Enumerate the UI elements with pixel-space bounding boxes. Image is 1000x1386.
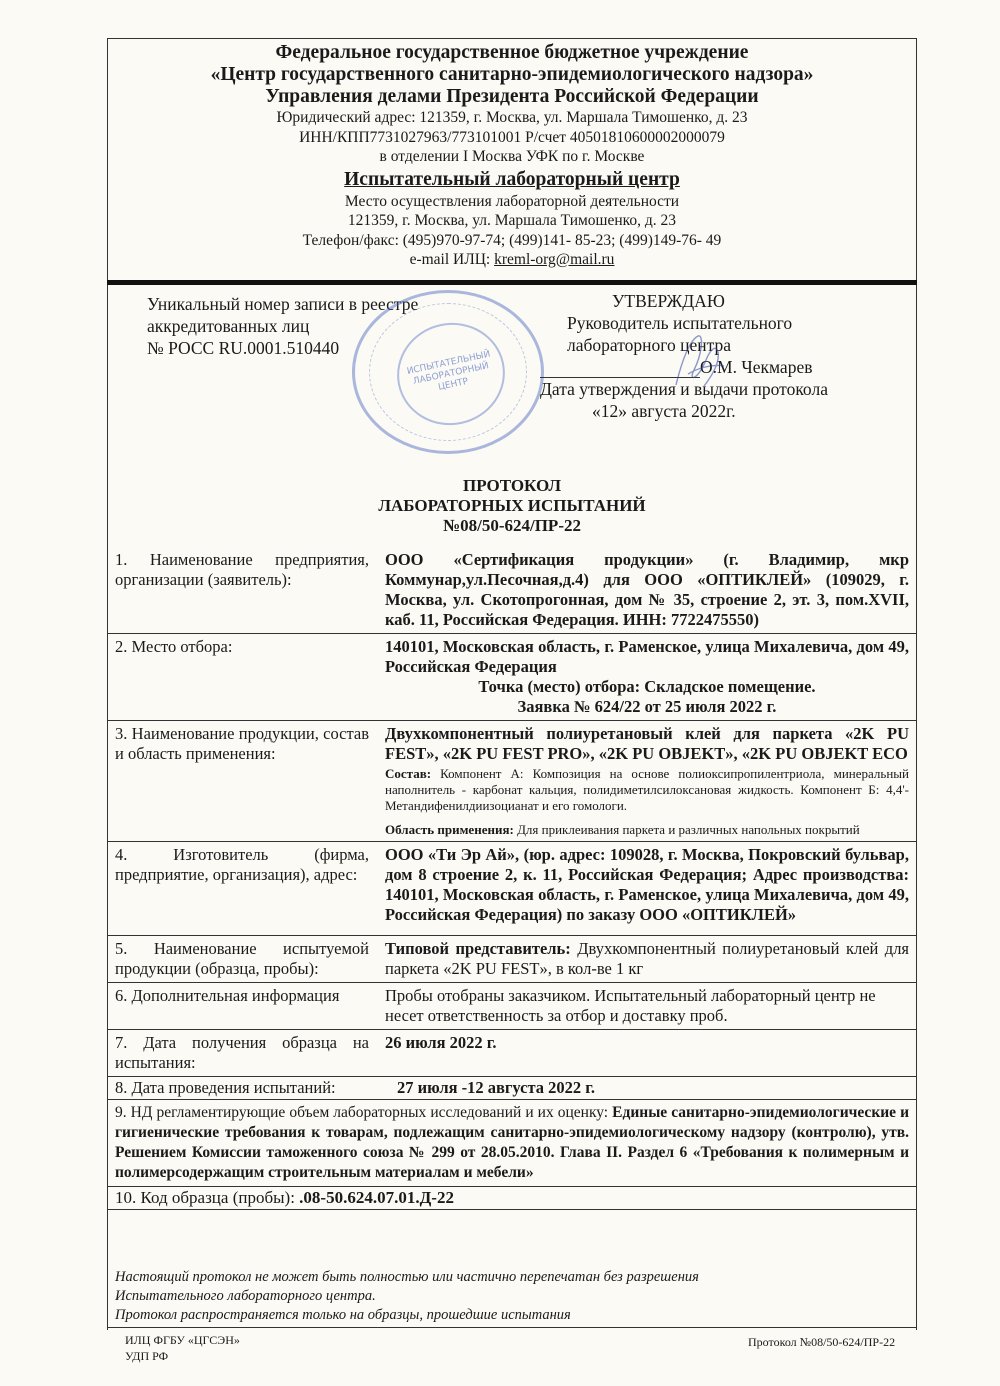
field-label: 2. Место отбора:: [107, 634, 377, 721]
protocol-title-2: ЛАБОРАТОРНЫХ ИСПЫТАНИЙ: [107, 496, 917, 516]
field-value: Двухкомпонентный полиуретановый клей для…: [377, 721, 917, 842]
field-value: 27 июля -12 августа 2022 г.: [377, 1077, 917, 1100]
sampling-point: Точка (место) отбора: Складское помещени…: [385, 677, 909, 697]
org-line-1: Федеральное государственное бюджетное уч…: [107, 42, 917, 64]
footer-org: ИЛЦ ФГБУ «ЦГСЭН» УДП РФ: [125, 1332, 240, 1364]
lab-center-title: Испытательный лабораторный центр: [107, 168, 917, 192]
email-link[interactable]: kreml-org@mail.ru: [494, 251, 614, 268]
note-line-1: Настоящий протокол не может быть полност…: [115, 1268, 917, 1287]
activity-place-label: Место осуществления лабораторной деятель…: [107, 192, 917, 212]
field-full: 10. Код образца (пробы): .08-50.624.07.0…: [107, 1187, 917, 1210]
approval-date: «12» августа 2022г.: [540, 400, 880, 422]
field-label: 4. Изготовитель (фирма, предприятие, орг…: [107, 842, 377, 936]
email-line: e-mail ИЛЦ: kreml-org@mail.ru: [107, 250, 917, 270]
inn-account: ИНН/КПП7731027963/773101001 Р/счет 40501…: [107, 128, 917, 148]
field-row-test-dates: 8. Дата проведения испытаний: 27 июля -1…: [107, 1077, 917, 1100]
field-label: 9. НД регламентирующие объем лабораторны…: [115, 1104, 608, 1121]
org-line-3: Управления делами Президента Российской …: [107, 86, 917, 108]
email-label: e-mail ИЛЦ:: [410, 251, 495, 268]
field-label: 5. Наименование испытуемой продукции (об…: [107, 936, 377, 983]
field-value: ООО «Сертификация продукции» (г. Владими…: [377, 540, 917, 634]
header-divider: [107, 280, 917, 285]
product-name: Двухкомпонентный полиуретановый клей для…: [385, 724, 909, 764]
field-value: 26 июля 2022 г.: [377, 1030, 917, 1077]
activity-address: 121359, г. Москва, ул. Маршала Тимошенко…: [107, 211, 917, 231]
field-value: ООО «Ти Эр Ай», (юр. адрес: 109028, г. М…: [377, 842, 917, 936]
field-label: 1. Наименование предприятия, организации…: [107, 540, 377, 634]
registry-line-1: Уникальный номер записи в реестре: [147, 293, 418, 315]
field-row-sampling-place: 2. Место отбора: 140101, Московская обла…: [107, 634, 917, 721]
typical-rep-label: Типовой представитель:: [385, 939, 571, 958]
signature-icon: [668, 330, 726, 392]
field-value: Типовой представитель: Двухкомпонентный …: [377, 936, 917, 983]
request-number: Заявка № 624/22 от 25 июля 2022 г.: [385, 697, 909, 717]
field-row-regulations: 9. НД регламентирующие объем лабораторны…: [107, 1100, 917, 1187]
field-row-sample-name: 5. Наименование испытуемой продукции (об…: [107, 936, 917, 983]
protocol-title-1: ПРОТОКОЛ: [107, 476, 917, 496]
protocol-number: №08/50-624/ПР-22: [107, 516, 917, 536]
composition-label: Состав:: [385, 766, 431, 781]
field-label: 10. Код образца (пробы):: [115, 1188, 299, 1207]
phones: Телефон/факс: (495)970-97-74; (499)141- …: [107, 231, 917, 251]
disclaimer-notes: Настоящий протокол не может быть полност…: [107, 1268, 917, 1328]
field-value: 140101, Московская область, г. Раменское…: [377, 634, 917, 721]
field-row-receipt-date: 7. Дата получения образца на испытания: …: [107, 1030, 917, 1077]
footer-org-2: УДП РФ: [125, 1348, 240, 1364]
sampling-address: 140101, Московская область, г. Раменское…: [385, 637, 909, 677]
field-row-product: 3. Наименование продукции, состав и обла…: [107, 721, 917, 842]
letterhead: Федеральное государственное бюджетное уч…: [107, 42, 917, 270]
field-row-applicant: 1. Наименование предприятия, организации…: [107, 540, 917, 634]
stamp-icon: ИСПЫТАТЕЛЬНЫЙ ЛАБОРАТОРНЫЙ ЦЕНТР: [352, 290, 544, 454]
scope: Область применения: Для приклеивания пар…: [385, 822, 909, 838]
field-label: 7. Дата получения образца на испытания:: [107, 1030, 377, 1077]
field-label: 8. Дата проведения испытаний:: [107, 1077, 377, 1100]
field-row-manufacturer: 4. Изготовитель (фирма, предприятие, орг…: [107, 842, 917, 936]
note-line-2: Испытательного лабораторного центра.: [115, 1287, 917, 1306]
field-value: Пробы отобраны заказчиком. Испытательный…: [377, 983, 917, 1030]
field-label: 6. Дополнительная информация: [107, 983, 377, 1030]
protocol-fields-table: 1. Наименование предприятия, организации…: [107, 540, 917, 1210]
protocol-title: ПРОТОКОЛ ЛАБОРАТОРНЫХ ИСПЫТАНИЙ №08/50-6…: [107, 476, 917, 536]
bank-branch: в отделении I Москва УФК по г. Москве: [107, 147, 917, 167]
note-line-3: Протокол распространяется только на обра…: [115, 1306, 917, 1325]
approval-title: УТВЕРЖДАЮ: [540, 290, 880, 312]
legal-address: Юридический адрес: 121359, г. Москва, ул…: [107, 108, 917, 128]
footer-protocol-ref: Протокол №08/50-624/ПР-22: [748, 1334, 895, 1350]
composition: Состав: Компонент А: Композиция на основ…: [385, 766, 909, 814]
field-row-additional-info: 6. Дополнительная информация Пробы отобр…: [107, 983, 917, 1030]
footer-org-1: ИЛЦ ФГБУ «ЦГСЭН»: [125, 1332, 240, 1348]
org-line-2: «Центр государственного санитарно-эпидем…: [107, 64, 917, 86]
field-value: .08-50.624.07.01.Д-22: [299, 1188, 454, 1207]
field-full: 9. НД регламентирующие объем лабораторны…: [107, 1100, 917, 1187]
scope-text: Для приклеивания паркета и различных нап…: [514, 822, 860, 837]
field-row-sample-code: 10. Код образца (пробы): .08-50.624.07.0…: [107, 1187, 917, 1210]
field-label: 3. Наименование продукции, состав и обла…: [107, 721, 377, 842]
composition-text: Компонент А: Композиция на основе полиок…: [385, 766, 909, 813]
scope-label: Область применения:: [385, 822, 514, 837]
